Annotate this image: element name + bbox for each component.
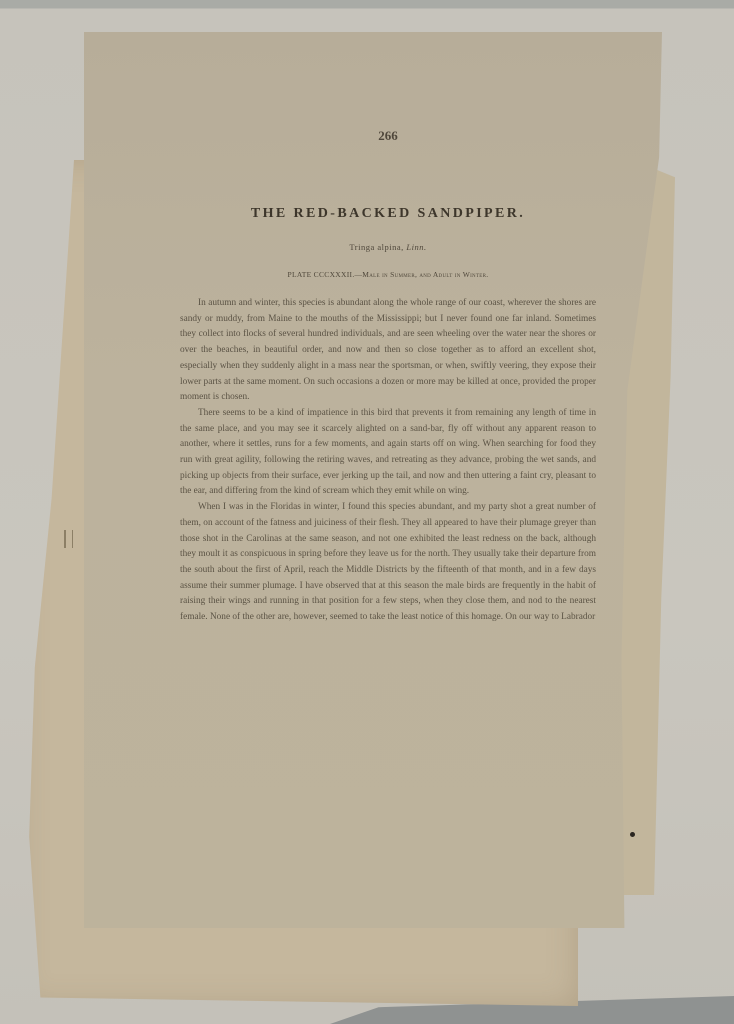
book-page: 266 THE RED-BACKED SANDPIPER. Tringa alp… bbox=[84, 32, 662, 928]
paragraph: There seems to be a kind of impatience i… bbox=[180, 406, 596, 500]
paper-tear-mark bbox=[64, 530, 73, 548]
page-text-block: 266 THE RED-BACKED SANDPIPER. Tringa alp… bbox=[180, 128, 596, 626]
paragraph: When I was in the Floridas in winter, I … bbox=[180, 500, 596, 626]
page-title: THE RED-BACKED SANDPIPER. bbox=[180, 206, 596, 222]
latin-binomial: Tringa alpina, bbox=[349, 242, 403, 252]
paragraph: In autumn and winter, this species is ab… bbox=[180, 296, 596, 406]
latin-author: Linn. bbox=[406, 242, 426, 252]
plate-caption: PLATE CCCXXXII.—Male in Summer, and Adul… bbox=[180, 270, 596, 279]
page-number: 266 bbox=[180, 128, 596, 144]
pin-dot bbox=[630, 832, 635, 837]
latin-name: Tringa alpina, Linn. bbox=[180, 242, 596, 252]
